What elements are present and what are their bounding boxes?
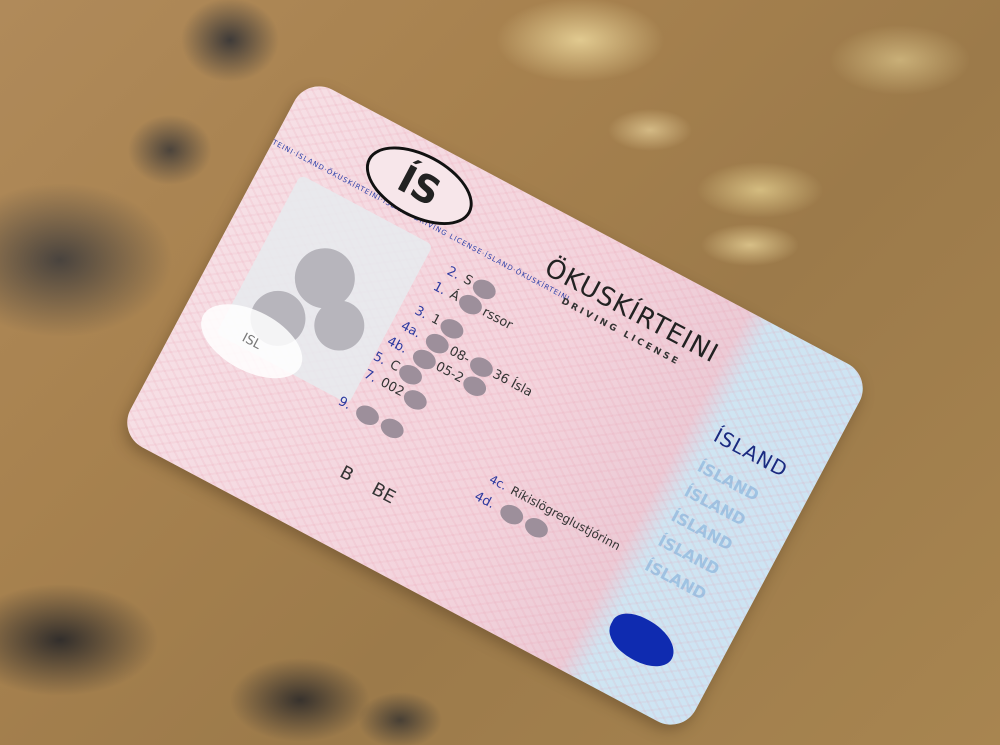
signature-redaction — [378, 415, 408, 442]
signature-redaction — [353, 402, 383, 429]
redaction — [401, 386, 431, 413]
card-title: ÖKUSKÍRTEINI — [540, 253, 724, 370]
driving-license-card: TEINI·ÍSLAND·ÖKUSKÍRTEINI·ÍSLAND·DRIVING… — [117, 76, 872, 734]
iceland-map-icon — [601, 605, 683, 675]
redaction — [521, 514, 551, 541]
license-categories: B BE — [336, 462, 399, 509]
country-code: ÍS — [391, 157, 448, 215]
redaction — [497, 501, 527, 528]
